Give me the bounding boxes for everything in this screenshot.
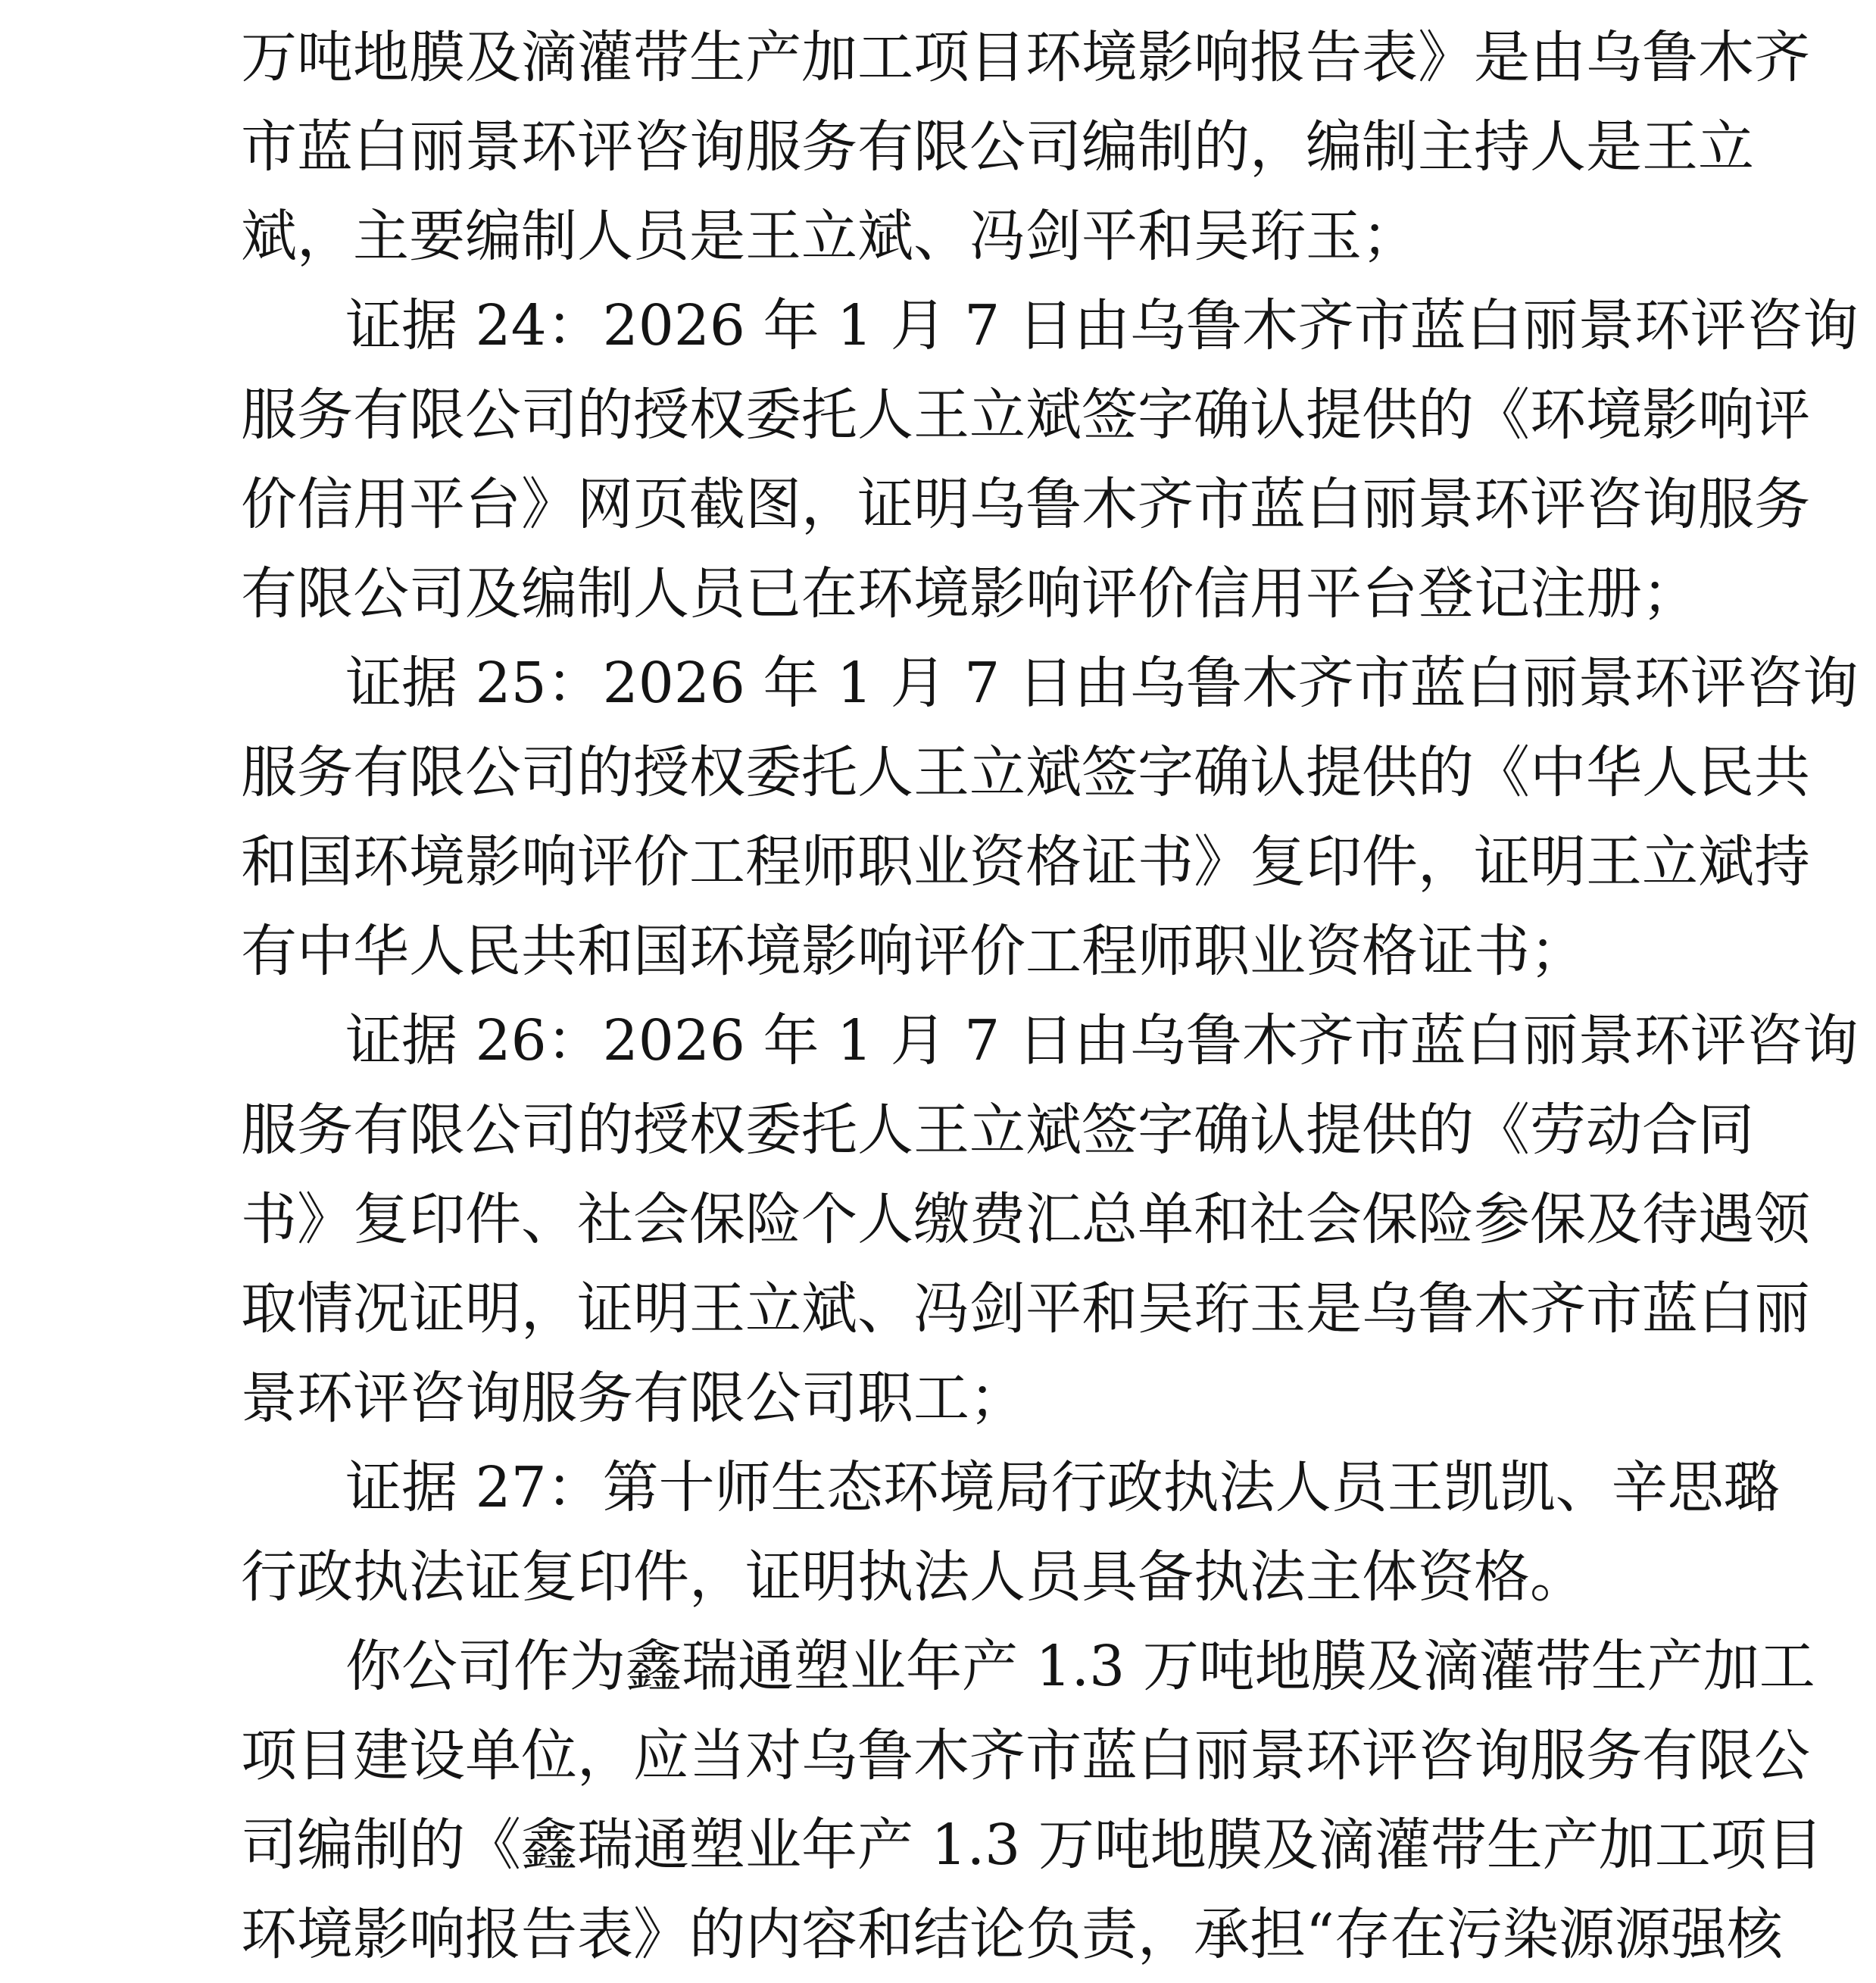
text-line: 价信用平台》网页截图，证明乌鲁木齐市蓝白丽景环评咨询服务 — [241, 460, 1650, 549]
text-line: 司编制的《鑫瑞通塑业年产 1.3 万吨地膜及滴灌带生产加工项目 — [241, 1800, 1650, 1890]
evidence-27-heading-line: 证据 27：第十师生态环境局行政执法人员王凯凯、辛思璐 — [345, 1443, 1650, 1532]
text-line: 有限公司及编制人员已在环境影响评价信用平台登记注册； — [241, 549, 1650, 639]
text-line: 项目建设单位，应当对乌鲁木齐市蓝白丽景环评咨询服务有限公 — [241, 1711, 1650, 1800]
evidence-26-heading-line: 证据 26：2026 年 1 月 7 日由乌鲁木齐市蓝白丽景环评咨询 — [345, 996, 1650, 1085]
text-line: 环境影响报告表》的内容和结论负责，承担“存在污染源源强核 — [241, 1890, 1650, 1979]
text-line: 书》复印件、社会保险个人缴费汇总单和社会保险参保及待遇领 — [241, 1175, 1650, 1264]
text-line: 市蓝白丽景环评咨询服务有限公司编制的，编制主持人是王立 — [241, 102, 1650, 192]
evidence-25-heading-line: 证据 25：2026 年 1 月 7 日由乌鲁木齐市蓝白丽景环评咨询 — [345, 639, 1650, 728]
document-page: 万吨地膜及滴灌带生产加工项目环境影响报告表》是由乌鲁木齐 市蓝白丽景环评咨询服务… — [0, 0, 1876, 1983]
text-line: 服务有限公司的授权委托人王立斌签字确认提供的《环境影响评 — [241, 370, 1650, 460]
text-line: 取情况证明，证明王立斌、冯剑平和吴珩玉是乌鲁木齐市蓝白丽 — [241, 1264, 1650, 1354]
text-line: 景环评咨询服务有限公司职工； — [241, 1354, 1650, 1443]
text-line: 有中华人民共和国环境影响评价工程师职业资格证书； — [241, 907, 1650, 996]
text-line: 万吨地膜及滴灌带生产加工项目环境影响报告表》是由乌鲁木齐 — [241, 13, 1650, 102]
evidence-24-heading-line: 证据 24：2026 年 1 月 7 日由乌鲁木齐市蓝白丽景环评咨询 — [345, 281, 1650, 370]
text-line: 服务有限公司的授权委托人王立斌签字确认提供的《劳动合同 — [241, 1085, 1650, 1175]
text-line: 服务有限公司的授权委托人王立斌签字确认提供的《中华人民共 — [241, 728, 1650, 817]
conclusion-paragraph-line: 你公司作为鑫瑞通塑业年产 1.3 万吨地膜及滴灌带生产加工 — [345, 1622, 1650, 1711]
text-line: 和国环境影响评价工程师职业资格证书》复印件，证明王立斌持 — [241, 817, 1650, 907]
text-line: 行政执法证复印件，证明执法人员具备执法主体资格。 — [241, 1532, 1650, 1622]
text-line: 斌，主要编制人员是王立斌、冯剑平和吴珩玉； — [241, 192, 1650, 281]
